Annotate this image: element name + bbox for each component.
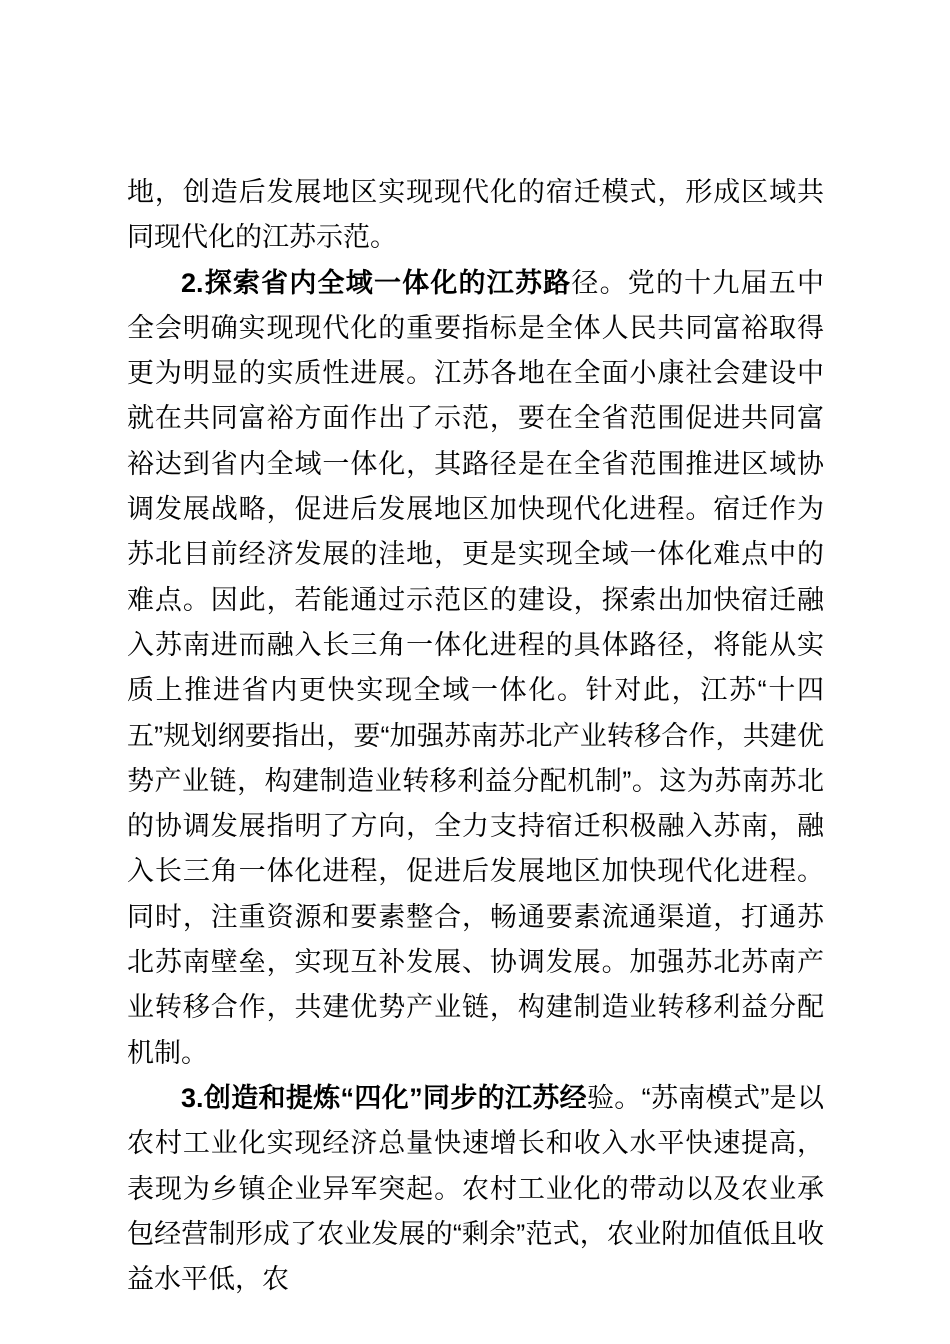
paragraph-3: 3.创造和提炼“四化”同步的江苏经验。“苏南模式”是以农村工业化实现经济总量快速… [127, 1076, 824, 1302]
paragraph-continuation-text: 地，创造后发展地区实现现代化的宿迁模式，形成区域共同现代化的江苏示范。 [127, 177, 824, 252]
document-body: 地，创造后发展地区实现现代化的宿迁模式，形成区域共同现代化的江苏示范。 2.探索… [127, 170, 824, 1302]
paragraph-3-heading: 3.创造和提炼“四化”同步的江苏经 [181, 1083, 587, 1113]
paragraph-2-heading: 2.探索省内全域一体化的江苏路 [181, 268, 571, 298]
paragraph-3-body-text: 验。“苏南模式”是以农村工业化实现经济总量快速增长和收入水平快速提高，表现为乡镇… [127, 1083, 824, 1294]
paragraph-2: 2.探索省内全域一体化的江苏路径。党的十九届五中全会明确实现现代化的重要指标是全… [127, 261, 824, 1076]
document-page: 地，创造后发展地区实现现代化的宿迁模式，形成区域共同现代化的江苏示范。 2.探索… [0, 0, 950, 1344]
paragraph-2-body-text: 径。党的十九届五中全会明确实现现代化的重要指标是全体人民共同富裕取得更为明显的实… [127, 268, 824, 1068]
paragraph-continuation: 地，创造后发展地区实现现代化的宿迁模式，形成区域共同现代化的江苏示范。 [127, 170, 824, 261]
